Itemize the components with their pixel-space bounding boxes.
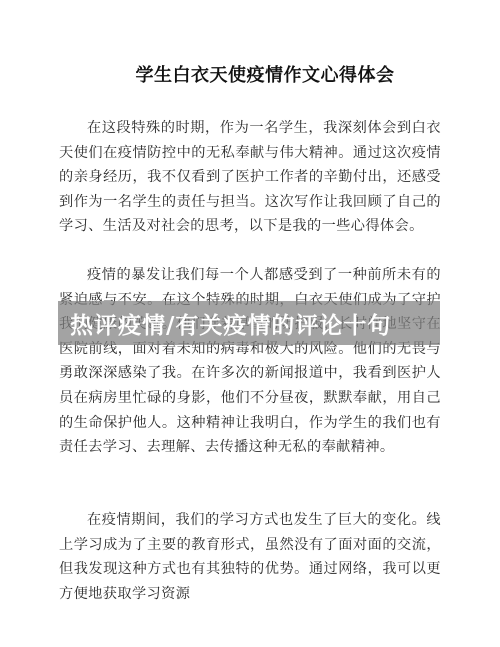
paragraph-3: 在疫情期间，我们的学习方式也发生了巨大的变化。线上学习成为了主要的教育形式，虽然…: [59, 508, 441, 606]
overlay-title-banner: 热评疫情/有关疫情的评论十句: [58, 301, 440, 345]
document-title: 学生白衣天使疫情作文心得体会: [0, 61, 500, 87]
paragraph-1: 在这段特殊的时期，作为一名学生，我深刻体会到白衣天使们在疫情防控中的无私奉献与伟…: [59, 116, 441, 239]
overlay-title-text: 热评疫情/有关疫情的评论十句: [70, 307, 391, 340]
paragraph-2: 疫情的暴发让我们每一个人都感受到了一种前所未有的紧迫感与不安。在这个特殊的时期，…: [59, 263, 441, 460]
document-page: 学生白衣天使疫情作文心得体会 在这段特殊的时期，作为一名学生，我深刻体会到白衣天…: [0, 0, 500, 647]
